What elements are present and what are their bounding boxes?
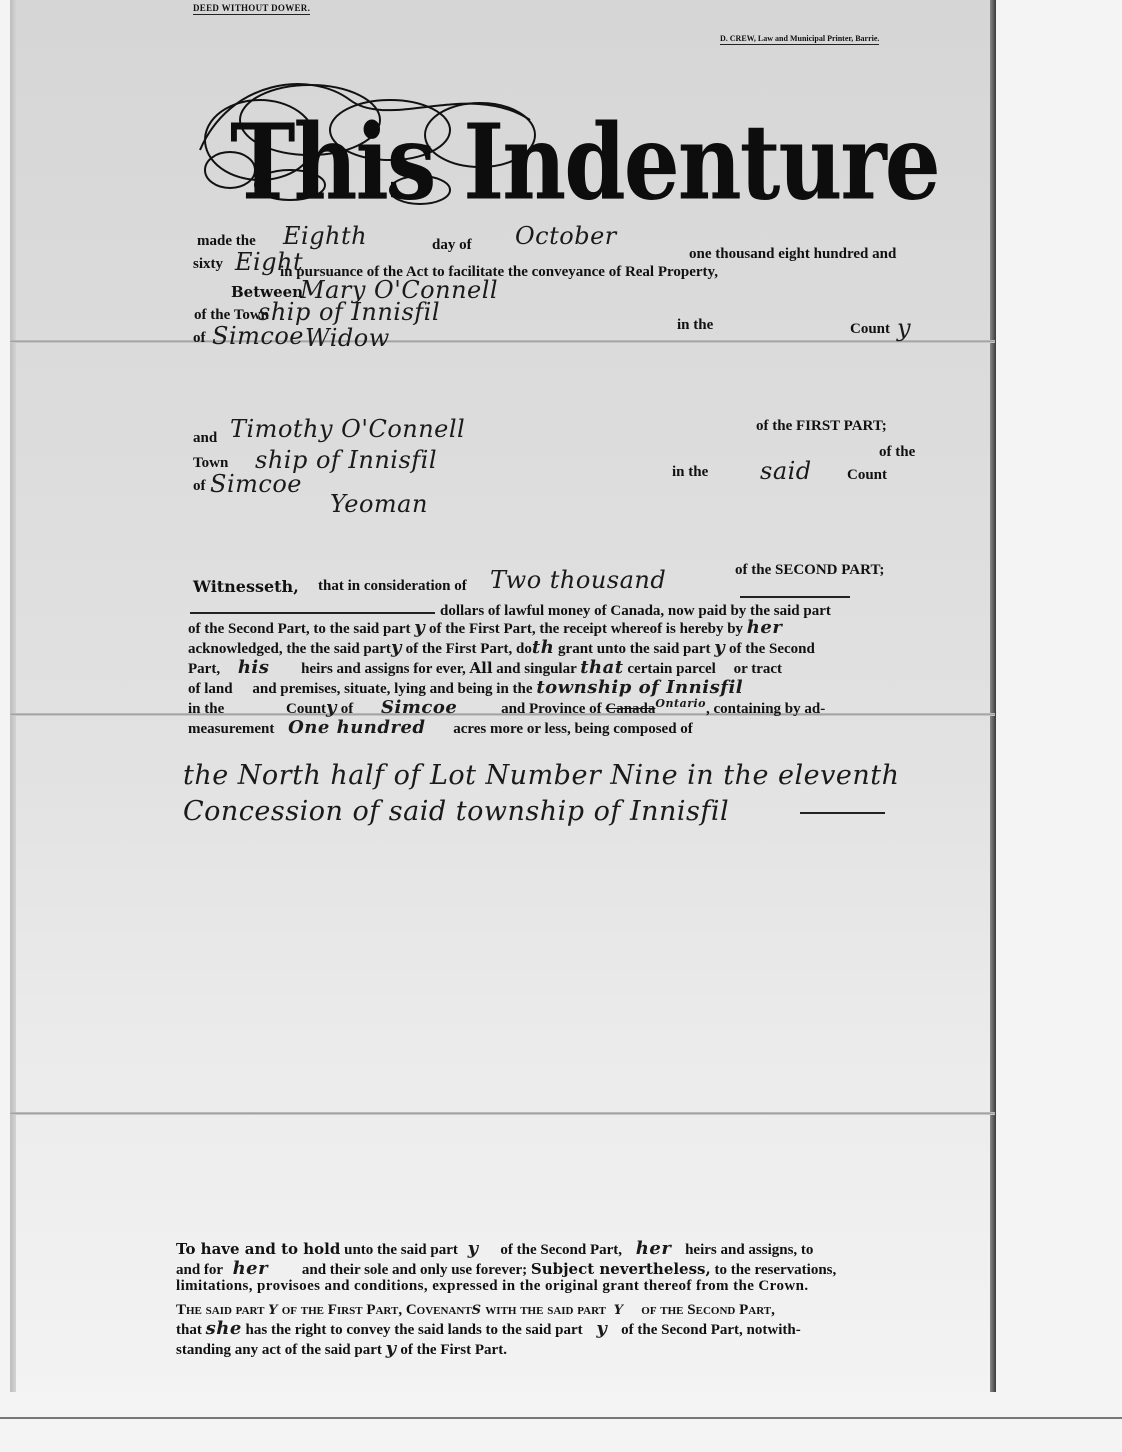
county-label-2: Count [847, 467, 887, 484]
fill-line [190, 612, 435, 614]
county-suffix: y [897, 314, 911, 342]
in-the-label: in the [677, 317, 713, 334]
consideration-line-6: of land and premises, situate, lying and… [188, 677, 743, 698]
consideration-text: that in consideration of [318, 578, 467, 595]
habendum-line-2: and for her and their sole and only use … [176, 1258, 836, 1279]
paper-right-edge [990, 0, 996, 1392]
witnesseth-label: Witnesseth, [193, 577, 299, 596]
consideration-line-4: acknowledged, the the said party of the … [188, 637, 815, 658]
habendum-line-5: that she has the right to convey the sai… [176, 1318, 801, 1339]
day-value: Eighth [283, 222, 367, 250]
said-value: said [760, 457, 812, 485]
second-party-name: Timothy O'Connell [230, 415, 465, 443]
first-part-label: of the FIRST PART; [756, 418, 887, 435]
habendum-line-6: standing any act of the said part y of t… [176, 1338, 507, 1359]
consideration-line-3: of the Second Part, to the said part y o… [188, 617, 782, 638]
amount-value: Two thousand [490, 566, 666, 594]
printer-credit: D. CREW, Law and Municipal Printer, Barr… [720, 34, 879, 45]
fill-line [800, 812, 885, 814]
form-name: DEED WITHOUT DOWER. [193, 3, 310, 15]
second-party-county: Simcoe [210, 470, 302, 498]
month-value: October [515, 222, 617, 250]
land-description-line-2: Concession of said township of Innisfil [183, 796, 729, 827]
fill-line [740, 596, 850, 598]
of-the-label: of the [879, 444, 915, 461]
fold-line [10, 1112, 995, 1115]
of-label: of [193, 330, 206, 347]
consideration-line-8: measurement One hundred acres more or le… [188, 717, 693, 738]
in-the-label-2: in the [672, 464, 708, 481]
habendum-line-3: limitations, provisoes and conditions, e… [176, 1278, 808, 1295]
of-label-2: of [193, 478, 206, 495]
habendum-line-1: To have and to hold unto the said part y… [176, 1238, 813, 1259]
first-party-occupation: Widow [305, 324, 390, 352]
document-title: This Indenture [230, 110, 939, 214]
and-label: and [193, 430, 217, 447]
consideration-line-7: in the County of Simcoe and Province of … [188, 697, 825, 718]
habendum-line-4: The said part y of the First Part, Coven… [176, 1298, 775, 1319]
second-party-occupation: Yeoman [330, 490, 428, 518]
paper-left-edge [10, 0, 16, 1392]
fold-line [10, 340, 995, 343]
day-of-label: day of [432, 237, 472, 254]
second-part-label: of the SECOND PART; [735, 562, 884, 579]
year-prefix: one thousand eight hundred and [689, 246, 896, 263]
sixty-label: sixty [193, 256, 223, 273]
first-party-county: Simcoe [212, 322, 304, 350]
land-description-line-1: the North half of Lot Number Nine in the… [183, 760, 900, 791]
county-label: Count [850, 321, 890, 338]
consideration-line-5: Part, his heirs and assigns for ever, Al… [188, 657, 782, 678]
page-bottom-rule [0, 1417, 1122, 1419]
